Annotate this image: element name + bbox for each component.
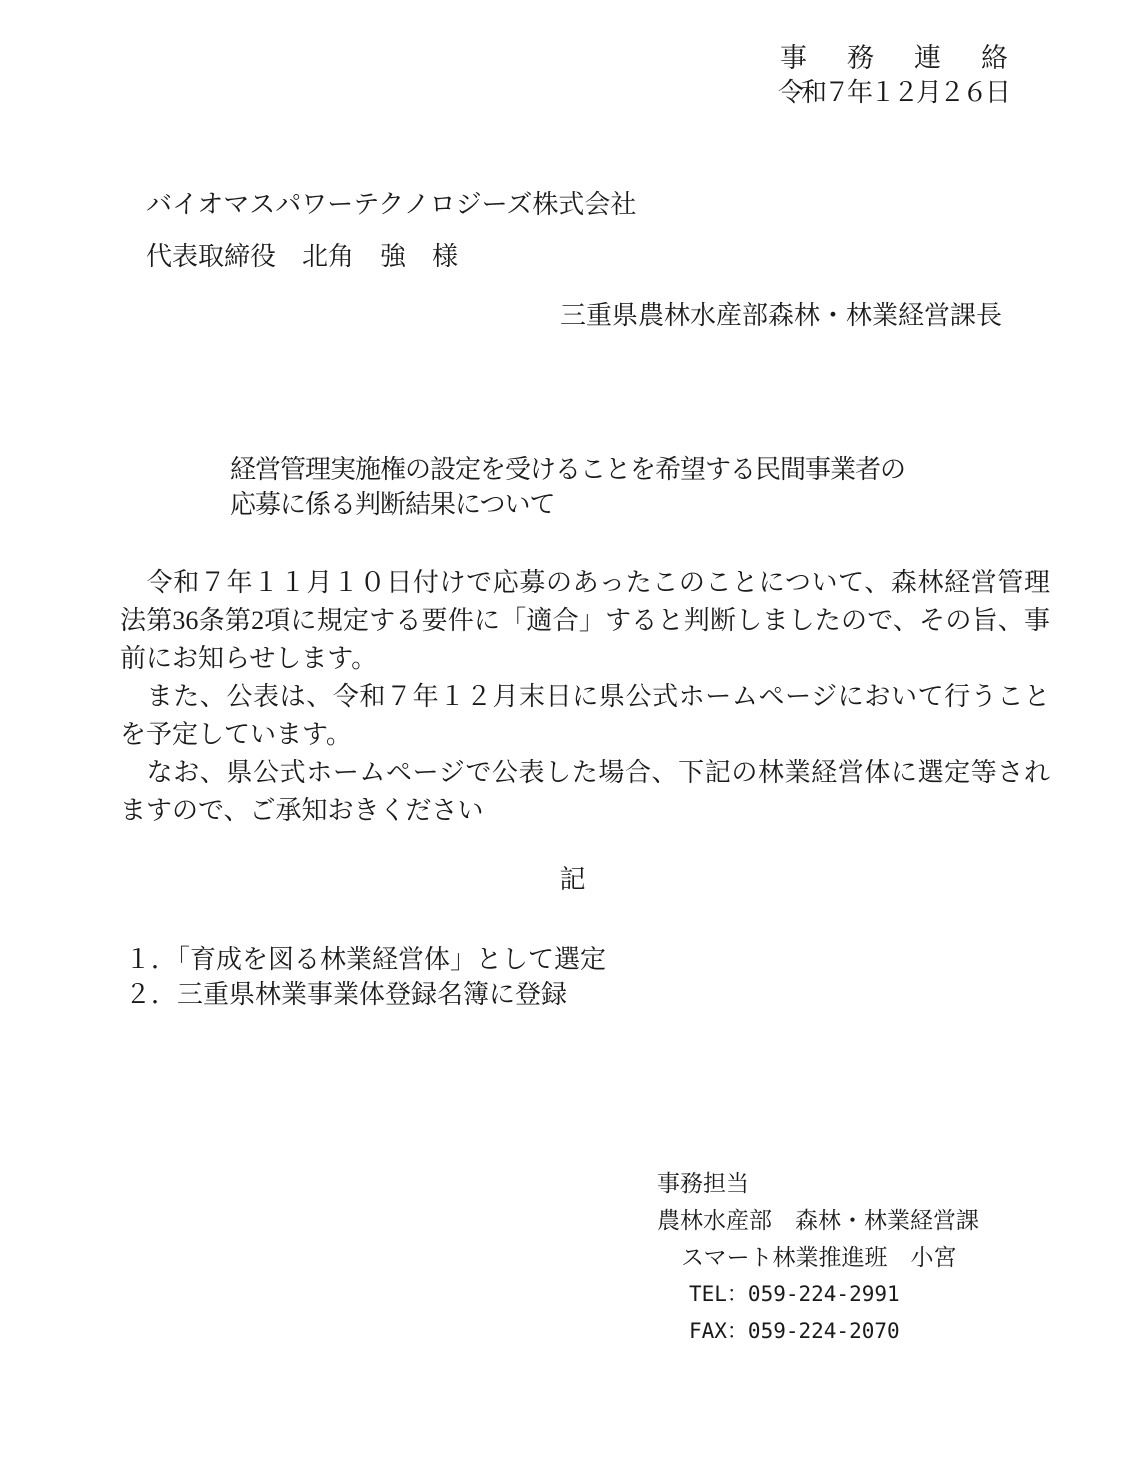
- contact-fax: FAX：059-224-2070: [657, 1313, 979, 1350]
- recipient-block: バイオマスパワーテクノロジーズ株式会社 代表取締役 北角 強 様: [146, 179, 636, 283]
- contact-section: スマート林業推進班 小宮: [657, 1239, 979, 1276]
- subject-line-2: 応募に係る判断結果について: [230, 487, 905, 522]
- sender-title: 三重県農林水産部森林・林業経営課長: [560, 302, 1002, 330]
- doc-type-char: 事: [780, 44, 807, 72]
- contact-department: 農林水産部 森林・林業経営課: [657, 1202, 979, 1239]
- body-paragraph-3: なお、県公式ホームページで公表した場合、下記の林業経営体に選定等されますので、ご…: [120, 754, 1050, 830]
- subject-line-1: 経営管理実施権の設定を受けることを希望する民間事業者の: [230, 452, 905, 487]
- list-item-2: ２．三重県林業事業体登録名簿に登録: [125, 977, 606, 1012]
- body-paragraph-2: また、公表は、令和７年１２月末日に県公式ホームページにおいて行うことを予定してい…: [120, 678, 1050, 754]
- doc-type-char: 務: [847, 44, 874, 72]
- contact-tel: TEL：059-224-2991: [657, 1276, 979, 1313]
- document-page: 事 務 連 絡 令和７年１２月２６日 バイオマスパワーテクノロジーズ株式会社 代…: [0, 0, 1145, 1474]
- subject-block: 経営管理実施権の設定を受けることを希望する民間事業者の 応募に係る判断結果につい…: [230, 452, 905, 522]
- recipient-company: バイオマスパワーテクノロジーズ株式会社: [146, 179, 636, 231]
- doc-type-char: 絡: [981, 44, 1008, 72]
- document-date: 令和７年１２月２６日: [778, 79, 1014, 107]
- contact-label: 事務担当: [657, 1165, 979, 1202]
- doc-type-char: 連: [914, 44, 941, 72]
- decision-list: １．「育成を図る林業経営体」として選定 ２．三重県林業事業体登録名簿に登録: [125, 942, 606, 1012]
- body-paragraph-1: 令和７年１１月１０日付けで応募のあったこのことについて、森林経営管理法第36条第…: [120, 564, 1050, 678]
- recipient-person: 代表取締役 北角 強 様: [146, 231, 636, 283]
- notation-marker: 記: [0, 866, 1145, 894]
- contact-footer: 事務担当 農林水産部 森林・林業経営課 スマート林業推進班 小宮 TEL：059…: [657, 1165, 979, 1350]
- body-text: 令和７年１１月１０日付けで応募のあったこのことについて、森林経営管理法第36条第…: [120, 564, 1050, 830]
- doc-type-heading: 事 務 連 絡: [780, 44, 1008, 72]
- list-item-1: １．「育成を図る林業経営体」として選定: [125, 942, 606, 977]
